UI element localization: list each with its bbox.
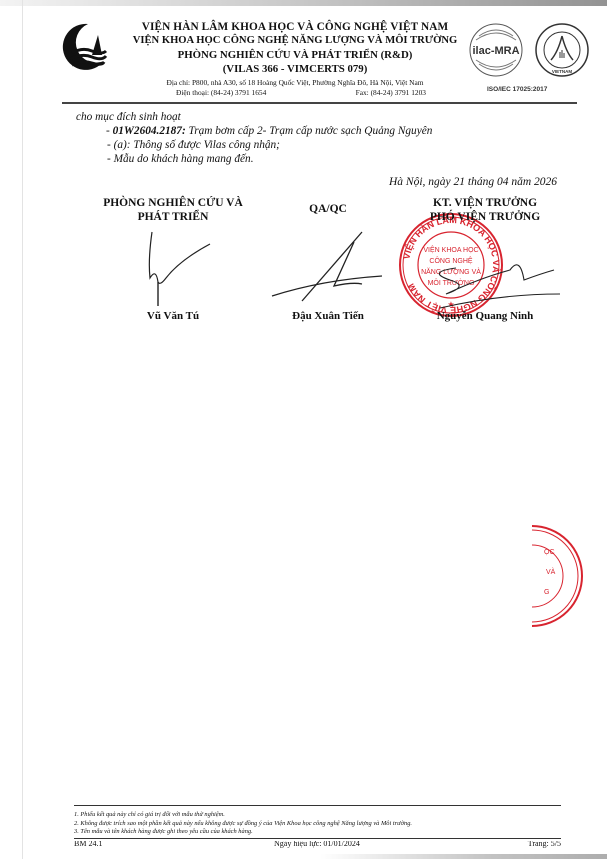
address: Địa chỉ: P800, nhà A30, số 18 Hoàng Quốc… xyxy=(130,78,460,88)
scan-edge-top xyxy=(0,0,607,6)
signer-1-name: Vũ Văn Tú xyxy=(88,310,258,322)
footer-meta: BM 24.1 Ngày hiệu lực: 01/01/2024 Trang:… xyxy=(74,841,561,849)
note-a: - (a): Thông số được Vilas công nhận; xyxy=(76,138,432,152)
bureau-of-accreditation-logo-icon: VIETNAM xyxy=(534,22,590,78)
letterhead: VIỆN HÀN LÂM KHOA HỌC VÀ CÔNG NGHỆ VIỆT … xyxy=(130,20,460,97)
page-number: Trang: 5/5 xyxy=(528,841,561,848)
footer-note-3: 3. Tên mẫu và tên khách hàng được ghi th… xyxy=(74,828,412,837)
scan-edge-left xyxy=(22,0,23,859)
phone: Điện thoại: (84-24) 3791 1654 xyxy=(176,88,266,98)
svg-text:ilac-MRA: ilac-MRA xyxy=(472,45,519,57)
signer-3-name: Nguyễn Quang Ninh xyxy=(410,310,560,322)
sample-line: - 01W2604.2187: Trạm bơm cấp 2- Trạm cấp… xyxy=(76,124,432,138)
header-divider xyxy=(62,102,577,104)
signature-2 xyxy=(262,228,392,308)
accreditation-codes: (VILAS 366 - VIMCERTS 079) xyxy=(130,62,460,76)
svg-text:VÀ: VÀ xyxy=(546,567,556,576)
svg-text:ỌC: ỌC xyxy=(544,549,555,556)
iso-standard: ISO/IEC 17025:2017 xyxy=(487,86,547,93)
footer-notes: 1. Phiếu kết quả này chỉ có giá trị đối … xyxy=(74,811,412,837)
footer-note-2: 2. Không được trích sao một phần kết quả… xyxy=(74,820,412,829)
signer-3-title: KT. VIỆN TRƯỞNG PHÓ VIỆN TRƯỞNG xyxy=(410,196,560,224)
partial-seam-stamp: VÀ ỌC G xyxy=(532,524,592,628)
form-code: BM 24.1 xyxy=(74,841,102,848)
department-name: PHÒNG NGHIÊN CỨU VÀ PHÁT TRIỂN (R&D) xyxy=(130,48,460,62)
svg-text:G: G xyxy=(544,589,549,596)
issue-date: Hà Nội, ngày 21 tháng 04 năm 2026 xyxy=(350,176,557,188)
sample-code: 01W2604.2187: xyxy=(113,125,186,137)
effective-date: Ngày hiệu lực: 01/01/2024 xyxy=(274,841,360,848)
institute-name: VIỆN KHOA HỌC CÔNG NGHỆ NĂNG LƯỢNG VÀ MÔ… xyxy=(130,34,460,48)
signer-2-title: QA/QC xyxy=(268,202,388,216)
ilac-mra-logo-icon: ilac-MRA xyxy=(468,22,524,78)
sample-description: Trạm bơm cấp 2- Trạm cấp nước sạch Quảng… xyxy=(186,125,433,137)
signature-1 xyxy=(140,230,220,310)
report-body: cho mục đích sinh hoạt - 01W2604.2187: T… xyxy=(76,110,432,166)
note-b: - Mẫu do khách hàng mang đến. xyxy=(76,152,432,166)
fax: Fax: (84-24) 3791 1203 xyxy=(356,88,426,98)
academy-name: VIỆN HÀN LÂM KHOA HỌC VÀ CÔNG NGHỆ VIỆT … xyxy=(130,20,460,34)
svg-text:VIETNAM: VIETNAM xyxy=(552,69,573,74)
footer-divider-top xyxy=(74,805,561,806)
purpose-text: cho mục đích sinh hoạt xyxy=(76,110,432,124)
institute-logo-icon xyxy=(58,21,110,73)
footer-divider-bottom xyxy=(74,838,561,839)
scan-edge-bottom xyxy=(320,854,607,859)
footer-note-1: 1. Phiếu kết quả này chỉ có giá trị đối … xyxy=(74,811,412,820)
signer-2-name: Đậu Xuân Tiến xyxy=(268,310,388,322)
signer-1-title: PHÒNG NGHIÊN CỨU VÀ PHÁT TRIỂN xyxy=(88,196,258,224)
